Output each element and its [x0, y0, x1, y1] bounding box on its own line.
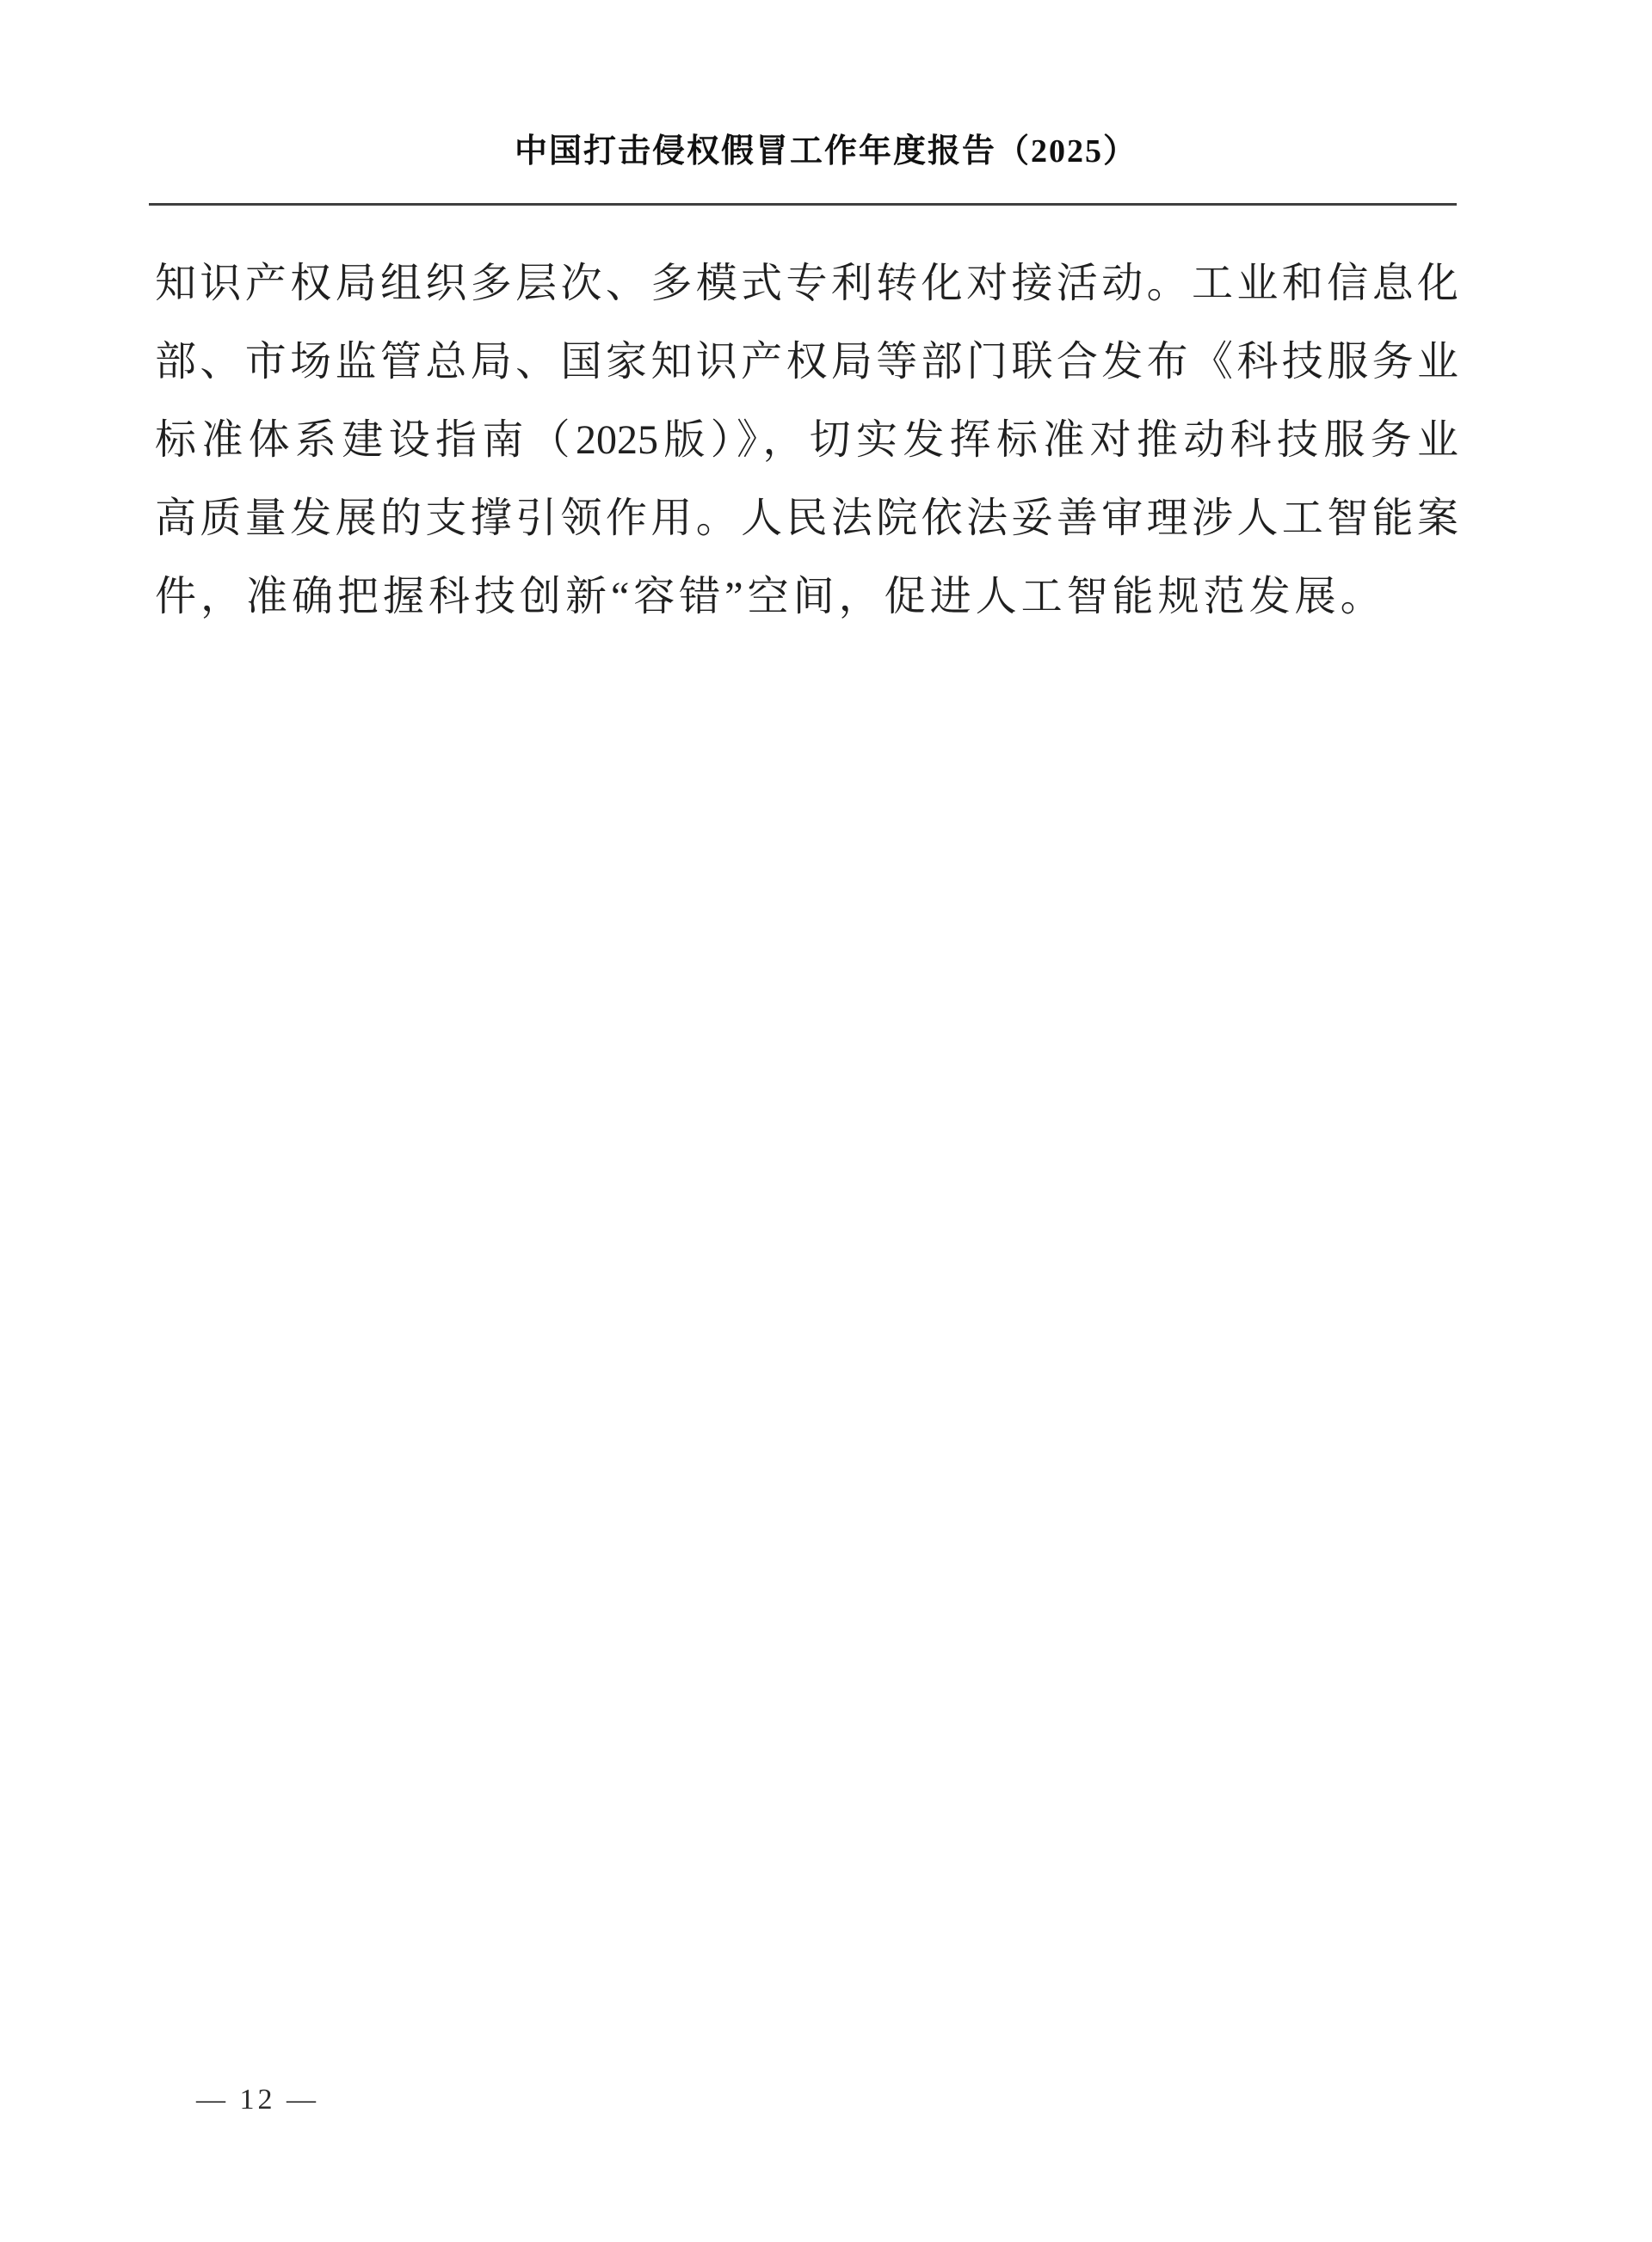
body-line: 部、市场监管总局、国家知识产权局等部门联合发布《科技服务业: [155, 323, 1458, 401]
page-footer: — 12 —: [196, 2082, 319, 2118]
body-line: 高质量发展的支撑引领作用。人民法院依法妥善审理涉人工智能案: [155, 479, 1458, 557]
body-paragraph: 知识产权局组织多层次、多模式专利转化对接活动。工业和信息化 部、市场监管总局、国…: [155, 244, 1458, 636]
body-line: 件，准确把握科技创新“容错”空间，促进人工智能规范发展。: [155, 557, 1458, 636]
header-title: 中国打击侵权假冒工作年度报告（2025）: [515, 129, 1137, 174]
body-line: 标准体系建设指南（2025版）》，切实发挥标准对推动科技服务业: [155, 401, 1458, 479]
header-rule: [149, 203, 1457, 206]
page-number: — 12 —: [196, 2084, 319, 2116]
page-header: 中国打击侵权假冒工作年度报告（2025）: [0, 129, 1652, 174]
body-line: 知识产权局组织多层次、多模式专利转化对接活动。工业和信息化: [155, 244, 1458, 323]
document-page: 中国打击侵权假冒工作年度报告（2025） 知识产权局组织多层次、多模式专利转化对…: [0, 0, 1652, 2242]
